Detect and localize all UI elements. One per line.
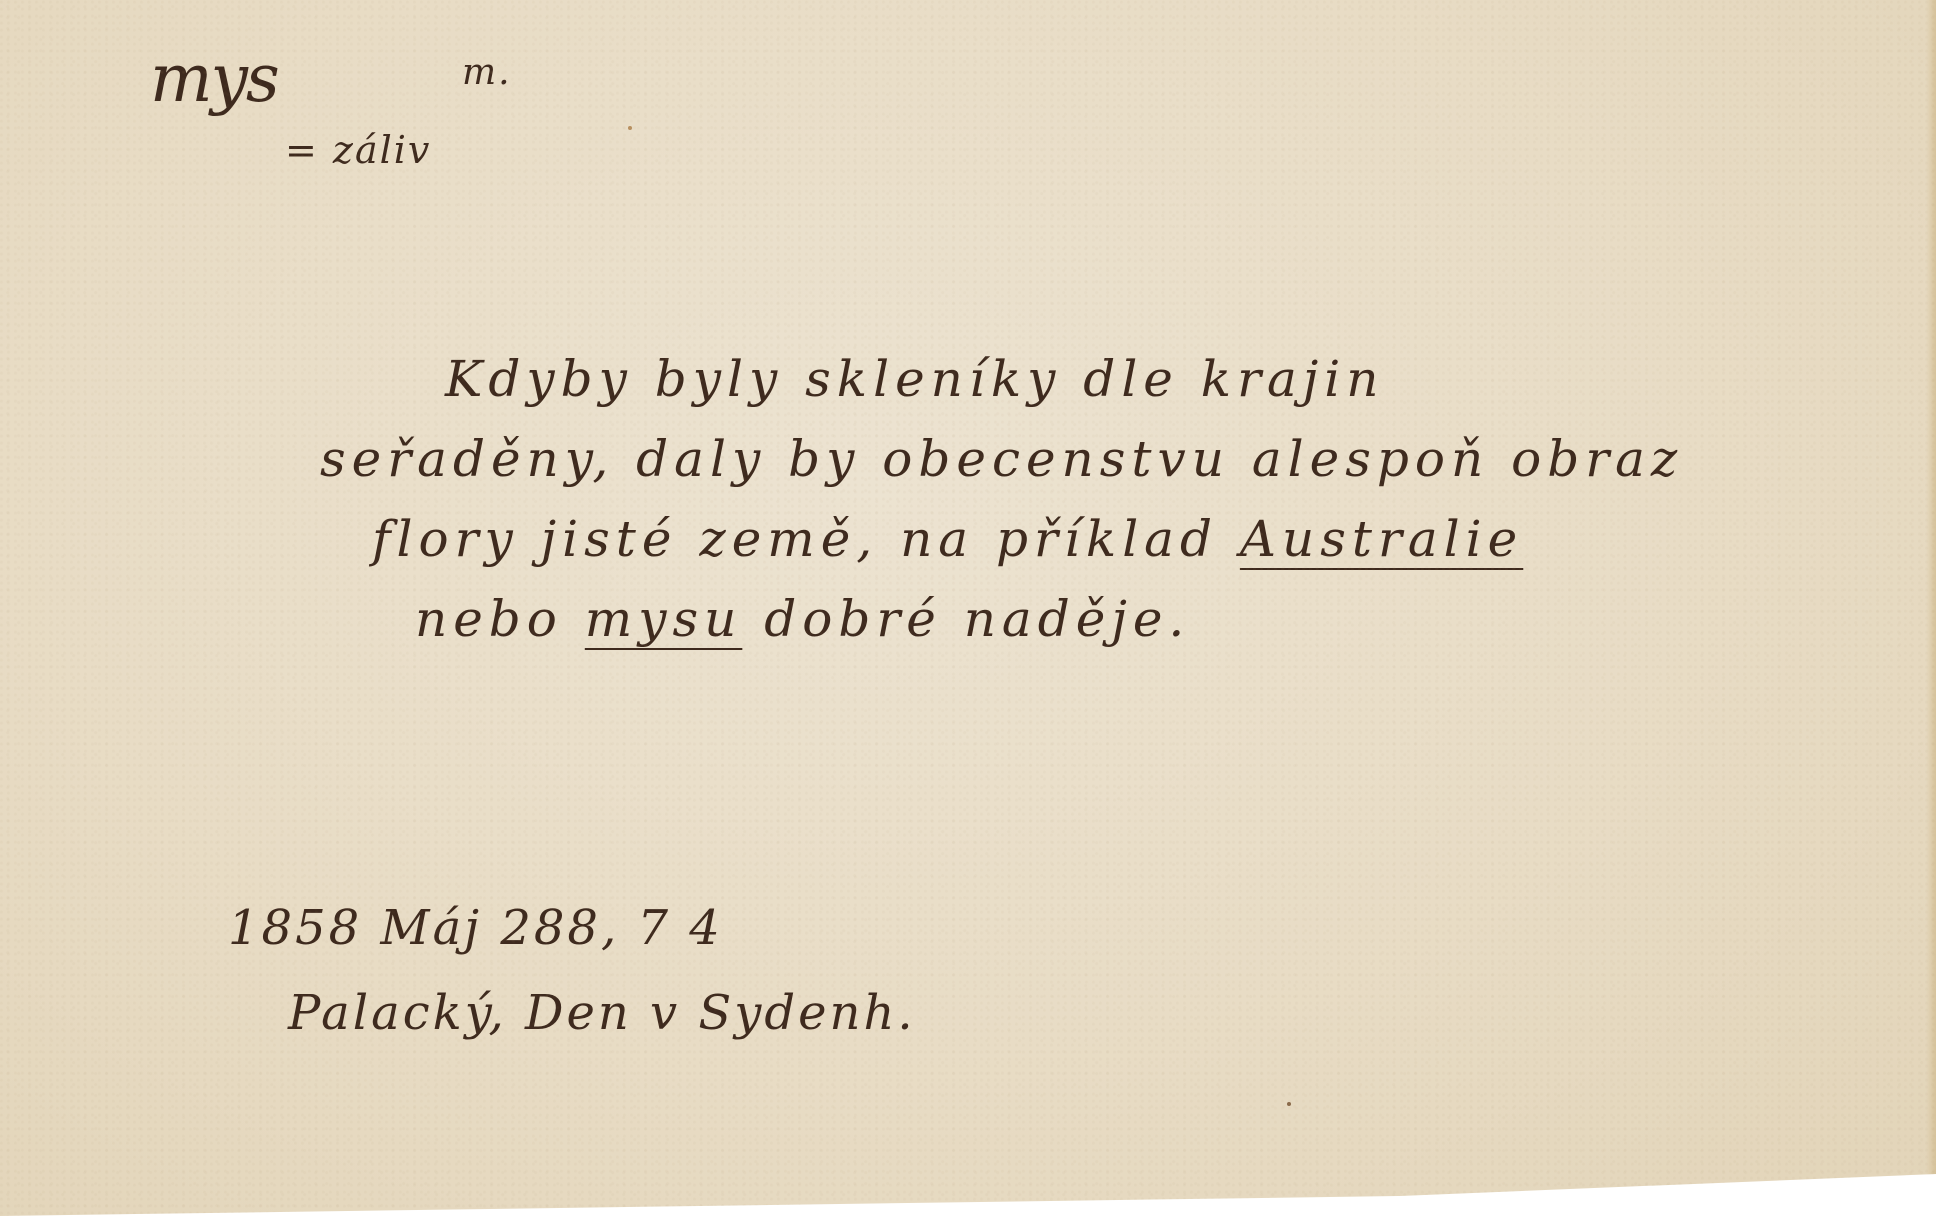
headword: mys [150,40,278,117]
source-reference: 1858 Máj 288, 7 4 [228,900,723,956]
citation-line-4: nebo mysu dobré naděje. [415,590,1190,648]
citation-line-3: flory jisté země, na příklad Australie [372,510,1523,568]
citation-line-2: seřaděny, daly by obecenstvu alespoň obr… [320,430,1683,488]
headword-gloss: = záliv [285,128,431,172]
citation-line-3-text: flory jisté země, na příklad [372,510,1240,568]
citation-card: mys m. = záliv Kdyby byly skleníky dle k… [0,0,1936,1216]
paper-edge-shadow [1926,0,1936,1180]
underlined-word-mysu: mysu [585,590,743,648]
citation-line-4-before: nebo [415,590,585,648]
grammatical-gender: m. [462,52,512,93]
ink-speck [1287,1102,1291,1106]
ink-speck [628,126,632,130]
source-author-title: Palacký, Den v Sydenh. [288,985,916,1041]
underlined-word-australie: Australie [1240,510,1523,568]
citation-line-4-after: dobré naděje. [742,590,1190,648]
citation-line-1: Kdyby byly skleníky dle krajin [445,350,1385,408]
